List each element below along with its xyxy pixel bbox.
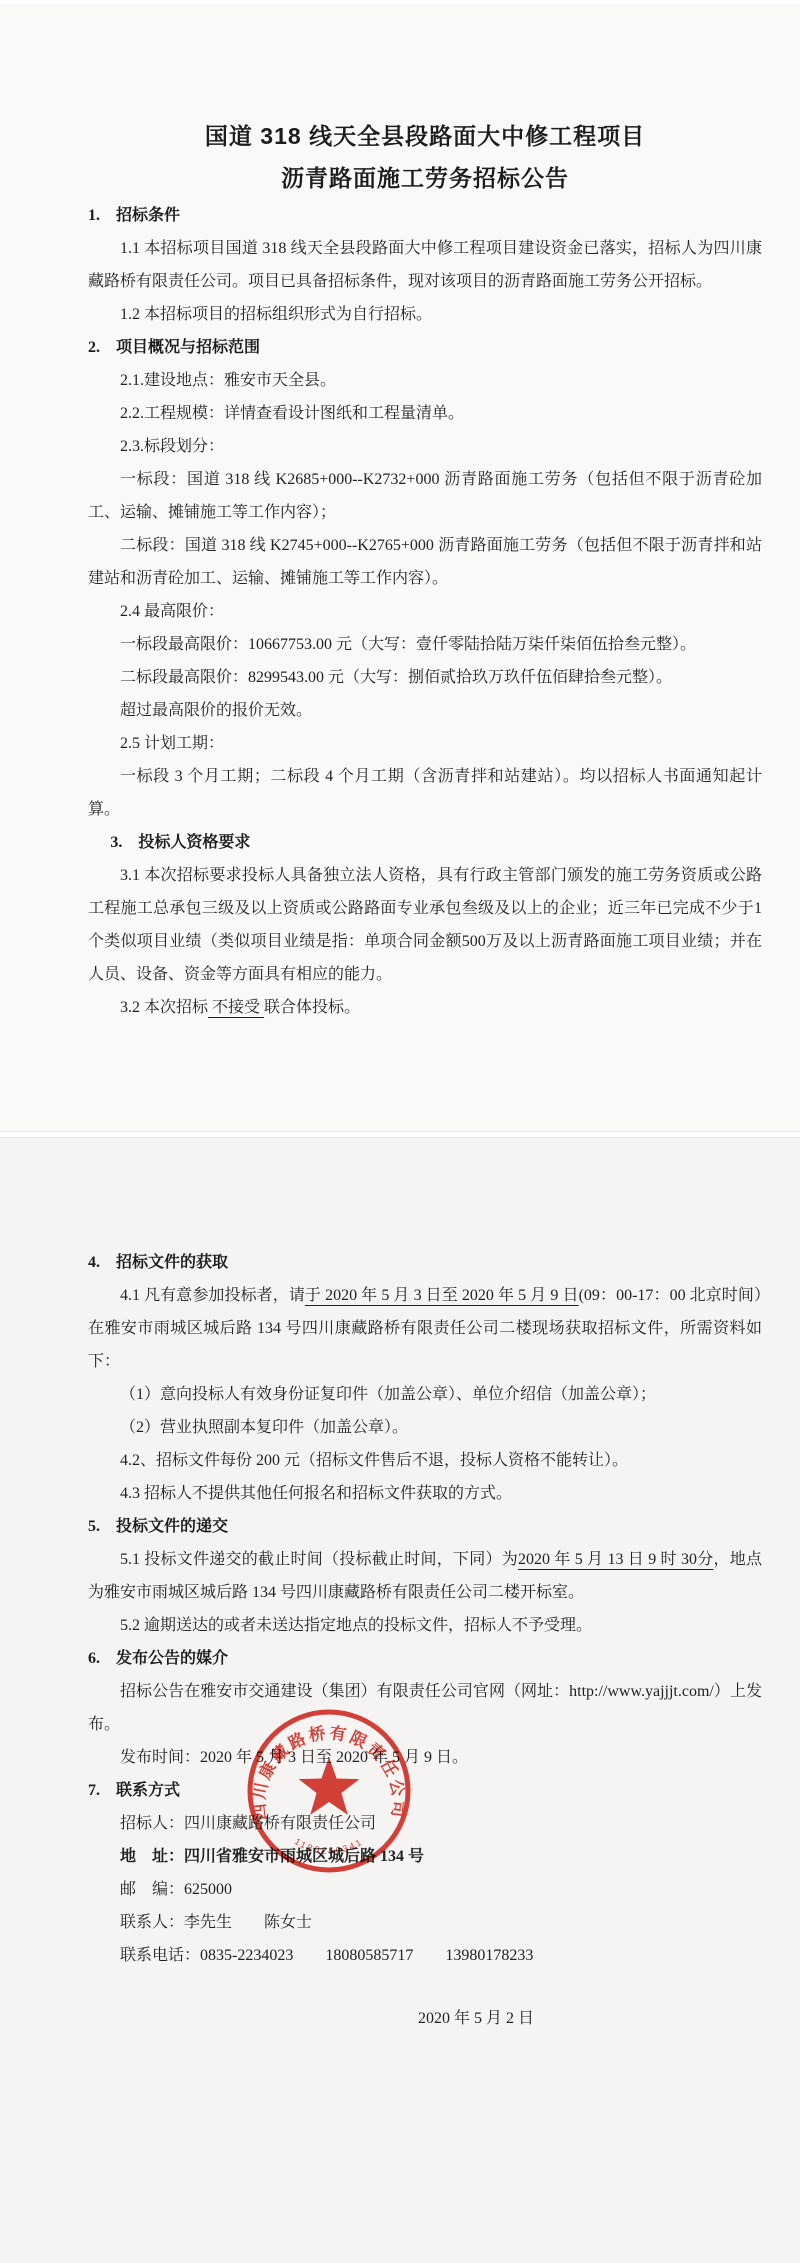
text-run: 2.5 计划工期： [120, 735, 224, 752]
text-run: 联系电话：0835-2234023 18080585717 1398017823… [120, 1947, 533, 1964]
doc-paragraph: 5.2 逾期送达的或者未送达指定地点的投标文件，招标人不予受理。 [88, 1609, 762, 1642]
text-run: 2.1.建设地点：雅安市天全县。 [120, 372, 336, 389]
text-run: 3. 投标人资格要求 [110, 834, 250, 851]
text-run: 联系人：李先生 陈女士 [120, 1914, 312, 1931]
text-run: 一标段：国道 318 线 K2685+000--K2732+000 沥青路面施工… [88, 471, 762, 521]
doc-heading: 3. 投标人资格要求 [88, 826, 762, 859]
text-run: 4.3 招标人不提供其他任何报名和招标文件获取的方式。 [120, 1485, 512, 1502]
document-title-line2: 沥青路面施工劳务招标公告 [281, 165, 569, 191]
text-run: 3.1 本次招标要求投标人具备独立法人资格，具有行政主管部门颁发的施工劳务资质或… [88, 867, 762, 983]
doc-paragraph: 2.2.工程规模：详情查看设计图纸和工程量清单。 [88, 397, 762, 430]
doc-paragraph: （1）意向投标人有效身份证复印件（加盖公章）、单位介绍信（加盖公章）； [88, 1378, 762, 1411]
text-run: 4.2、招标文件每份 200 元（招标文件售后不退，投标人资格不能转让）。 [120, 1452, 628, 1469]
doc-paragraph: 4.3 招标人不提供其他任何报名和招标文件获取的方式。 [88, 1477, 762, 1510]
text-run: 1. 招标条件 [88, 207, 180, 224]
notice-page-2: 4. 招标文件的获取4.1 凡有意参加投标者，请于 2020 年 5 月 3 日… [0, 1137, 800, 2263]
doc-paragraph: 一标段最高限价：10667753.00 元（大写：壹仟零陆拾陆万柒仟柒佰伍拾叁元… [88, 628, 762, 661]
doc-paragraph: 联系电话：0835-2234023 18080585717 1398017823… [88, 1939, 762, 1972]
text-run: 二标段最高限价：8299543.00 元（大写：捌佰贰拾玖万玖仟伍佰肆拾叁元整）… [120, 669, 672, 686]
text-run: 二标段：国道 318 线 K2745+000--K2765+000 沥青路面施工… [88, 537, 762, 587]
doc-paragraph: 1.2 本招标项目的招标组织形式为自行招标。 [88, 298, 762, 331]
text-run: 1.1 本招标项目国道 318 线天全县段路面大中修工程项目建设资金已落实，招标… [88, 240, 762, 290]
underlined-text: 不接受 [208, 999, 264, 1016]
text-run: 邮 编：625000 [120, 1881, 232, 1898]
text-run: 3.2 本次招标 [120, 999, 208, 1016]
doc-paragraph: 一标段 3 个月工期；二标段 4 个月工期（含沥青拌和站建站）。均以招标人书面通… [88, 760, 762, 826]
notice-page-1: 国道 318 线天全县段路面大中修工程项目沥青路面施工劳务招标公告 1. 招标条… [0, 4, 800, 1132]
text-run: 5. 投标文件的递交 [88, 1518, 228, 1535]
doc-heading: 5. 投标文件的递交 [88, 1510, 762, 1543]
doc-paragraph: 超过最高限价的报价无效。 [88, 694, 762, 727]
doc-paragraph: （2）营业执照副本复印件（加盖公章）。 [88, 1411, 762, 1444]
text-run: 招标人：四川康藏路桥有限责任公司 [120, 1815, 376, 1832]
doc-paragraph: 招标人：四川康藏路桥有限责任公司 [88, 1807, 762, 1840]
text-run: 2. 项目概况与招标范围 [88, 339, 260, 356]
doc-paragraph: 二标段最高限价：8299543.00 元（大写：捌佰贰拾玖万玖仟伍佰肆拾叁元整）… [88, 661, 762, 694]
page2-body: 4. 招标文件的获取4.1 凡有意参加投标者，请于 2020 年 5 月 3 日… [88, 1246, 762, 1972]
doc-paragraph: 2.1.建设地点：雅安市天全县。 [88, 364, 762, 397]
doc-heading: 2. 项目概况与招标范围 [88, 331, 762, 364]
document-title: 国道 318 线天全县段路面大中修工程项目沥青路面施工劳务招标公告 [88, 115, 762, 199]
scanned-document: 国道 318 线天全县段路面大中修工程项目沥青路面施工劳务招标公告 1. 招标条… [0, 0, 800, 2263]
doc-paragraph: 2.4 最高限价： [88, 595, 762, 628]
text-run: 2.3.标段划分： [120, 438, 224, 455]
text-run: 招标公告在雅安市交通建设（集团）有限责任公司官网（网址：http://www.y… [88, 1683, 762, 1733]
doc-paragraph: 发布时间：2020 年 5 月 3 日至 2020 年 5 月 9 日。 [88, 1741, 762, 1774]
issue-date: 2020 年 5 月 2 日 [88, 2002, 762, 2035]
doc-paragraph: 3.1 本次招标要求投标人具备独立法人资格，具有行政主管部门颁发的施工劳务资质或… [88, 859, 762, 991]
doc-paragraph: 二标段：国道 318 线 K2745+000--K2765+000 沥青路面施工… [88, 529, 762, 595]
doc-paragraph: 地 址：四川省雅安市雨城区城后路 134 号 [88, 1840, 762, 1873]
underlined-text: 于 2020 年 5 月 3 日至 2020 年 5 月 9 日 [305, 1287, 579, 1304]
doc-paragraph: 招标公告在雅安市交通建设（集团）有限责任公司官网（网址：http://www.y… [88, 1675, 762, 1741]
doc-paragraph: 联系人：李先生 陈女士 [88, 1906, 762, 1939]
text-run: 一标段最高限价：10667753.00 元（大写：壹仟零陆拾陆万柒仟柒佰伍拾叁元… [120, 636, 696, 653]
doc-paragraph: 邮 编：625000 [88, 1873, 762, 1906]
text-run: 发布时间：2020 年 5 月 3 日至 2020 年 5 月 9 日。 [120, 1749, 468, 1766]
text-run: 4.1 凡有意参加投标者，请 [120, 1287, 305, 1304]
text-run: 7. 联系方式 [88, 1782, 180, 1799]
text-run: 一标段 3 个月工期；二标段 4 个月工期（含沥青拌和站建站）。均以招标人书面通… [88, 768, 762, 818]
doc-paragraph: 2.3.标段划分： [88, 430, 762, 463]
text-run: 2.2.工程规模：详情查看设计图纸和工程量清单。 [120, 405, 464, 422]
text-run: 5.1 投标文件递交的截止时间（投标截止时间，下同）为 [120, 1551, 518, 1568]
underlined-text: 2020 年 5 月 13 日 9 时 30分 [518, 1551, 713, 1568]
doc-heading: 1. 招标条件 [88, 199, 762, 232]
doc-heading: 6. 发布公告的媒介 [88, 1642, 762, 1675]
text-run: 超过最高限价的报价无效。 [120, 702, 312, 719]
doc-paragraph: 5.1 投标文件递交的截止时间（投标截止时间，下同）为2020 年 5 月 13… [88, 1543, 762, 1609]
text-run: 地 址：四川省雅安市雨城区城后路 134 号 [120, 1848, 424, 1865]
text-run: 4. 招标文件的获取 [88, 1254, 228, 1271]
text-run: 5.2 逾期送达的或者未送达指定地点的投标文件，招标人不予受理。 [120, 1617, 592, 1634]
doc-paragraph: 2.5 计划工期： [88, 727, 762, 760]
page1-body: 1. 招标条件1.1 本招标项目国道 318 线天全县段路面大中修工程项目建设资… [88, 199, 762, 1024]
text-run: 6. 发布公告的媒介 [88, 1650, 228, 1667]
doc-paragraph: 4.2、招标文件每份 200 元（招标文件售后不退，投标人资格不能转让）。 [88, 1444, 762, 1477]
doc-paragraph: 3.2 本次招标 不接受 联合体投标。 [88, 991, 762, 1024]
doc-paragraph: 1.1 本招标项目国道 318 线天全县段路面大中修工程项目建设资金已落实，招标… [88, 232, 762, 298]
doc-paragraph: 一标段：国道 318 线 K2685+000--K2732+000 沥青路面施工… [88, 463, 762, 529]
doc-heading: 4. 招标文件的获取 [88, 1246, 762, 1279]
text-run: （1）意向投标人有效身份证复印件（加盖公章）、单位介绍信（加盖公章）； [120, 1386, 656, 1403]
doc-paragraph: 4.1 凡有意参加投标者，请于 2020 年 5 月 3 日至 2020 年 5… [88, 1279, 762, 1378]
text-run: （2）营业执照副本复印件（加盖公章）。 [120, 1419, 408, 1436]
text-run: 2.4 最高限价： [120, 603, 224, 620]
text-run: 1.2 本招标项目的招标组织形式为自行招标。 [120, 306, 432, 323]
doc-heading: 7. 联系方式 [88, 1774, 762, 1807]
document-title-line1: 国道 318 线天全县段路面大中修工程项目 [205, 123, 645, 149]
text-run: 联合体投标。 [264, 999, 360, 1016]
